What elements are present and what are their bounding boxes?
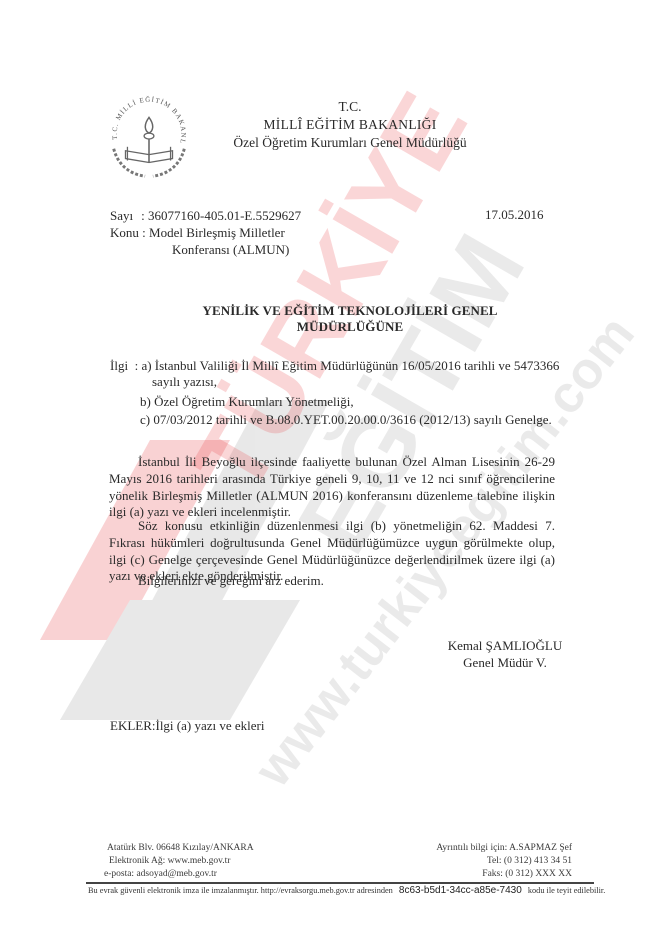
sayi-value: 36077160-405.01-E.5529627 bbox=[148, 208, 301, 223]
sayi-label: Sayı bbox=[110, 208, 133, 223]
attachments: EKLER:İlgi (a) yazı ve ekleri bbox=[110, 718, 265, 734]
ilgi-c: c) 07/03/2012 tarihli ve B.08.0.YET.00.2… bbox=[140, 411, 552, 428]
document-date: 17.05.2016 bbox=[485, 207, 544, 223]
verification-code: 8c63-b5d1-34cc-a85e-7430 bbox=[395, 885, 526, 896]
sayi-row: Sayı: 36077160-405.01-E.5529627 bbox=[110, 207, 301, 224]
footer-contact: Ayrıntılı bilgi için: A.SAPMAZ Şef bbox=[436, 842, 572, 855]
svg-text:T.C. MİLLİ EĞİTİM BAKANLIĞI: T.C. MİLLİ EĞİTİM BAKANLIĞI bbox=[100, 88, 186, 145]
signer-title: Genel Müdür V. bbox=[430, 654, 580, 671]
ministry-logo: T.C. MİLLİ EĞİTİM BAKANLIĞI bbox=[100, 88, 198, 186]
konu-row: Konu : Model Birleşmiş Milletler bbox=[110, 224, 285, 241]
footer-tel: Tel: (0 312) 413 34 51 bbox=[487, 855, 572, 868]
header-ministry: MİLLÎ EĞİTİM BAKANLIĞI bbox=[240, 116, 460, 134]
ilgi-a: İlgi : a) İstanbul Valiliği İl Millî Eği… bbox=[110, 357, 559, 374]
footer-email[interactable]: e-posta: adsoyad@meb.gov.tr bbox=[104, 868, 217, 881]
esign-suffix: kodu ile teyit edilebilir. bbox=[528, 886, 605, 895]
ilgi-a-line2: sayılı yazısı, bbox=[152, 373, 217, 390]
footer-divider bbox=[86, 882, 594, 884]
footer-web[interactable]: Elektronik Ağ: www.meb.gov.tr bbox=[109, 855, 230, 868]
ilgi-b: b) Özel Öğretim Kurumları Yönetmeliği, bbox=[140, 393, 354, 410]
body-paragraph-3: Bilgilerinizi ve gereğini arz ederim. bbox=[109, 573, 555, 590]
header-department: Özel Öğretim Kurumları Genel Müdürlüğü bbox=[215, 134, 485, 152]
esign-prefix: Bu evrak güvenli elektronik imza ile imz… bbox=[88, 886, 393, 895]
konu-label: Konu bbox=[110, 225, 139, 240]
ilgi-label: İlgi bbox=[110, 358, 128, 373]
addressee: YENİLİK VE EĞİTİM TEKNOLOJİLERİ GENEL MÜ… bbox=[150, 303, 550, 335]
footer-address: Atatürk Blv. 06648 Kızılay/ANKARA bbox=[107, 842, 254, 855]
body-paragraph-1: İstanbul İli Beyoğlu ilçesinde faaliyett… bbox=[109, 454, 555, 521]
footer-fax: Faks: (0 312) XXX XX bbox=[482, 868, 572, 881]
header-tc: T.C. bbox=[240, 98, 460, 116]
konu-value: Model Birleşmiş Milletler bbox=[149, 225, 285, 240]
esignature-note: Bu evrak güvenli elektronik imza ile imz… bbox=[88, 885, 605, 896]
signer-name: Kemal ŞAMLIOĞLU bbox=[430, 637, 580, 654]
konu-value-line2: Konferansı (ALMUN) bbox=[172, 241, 289, 258]
